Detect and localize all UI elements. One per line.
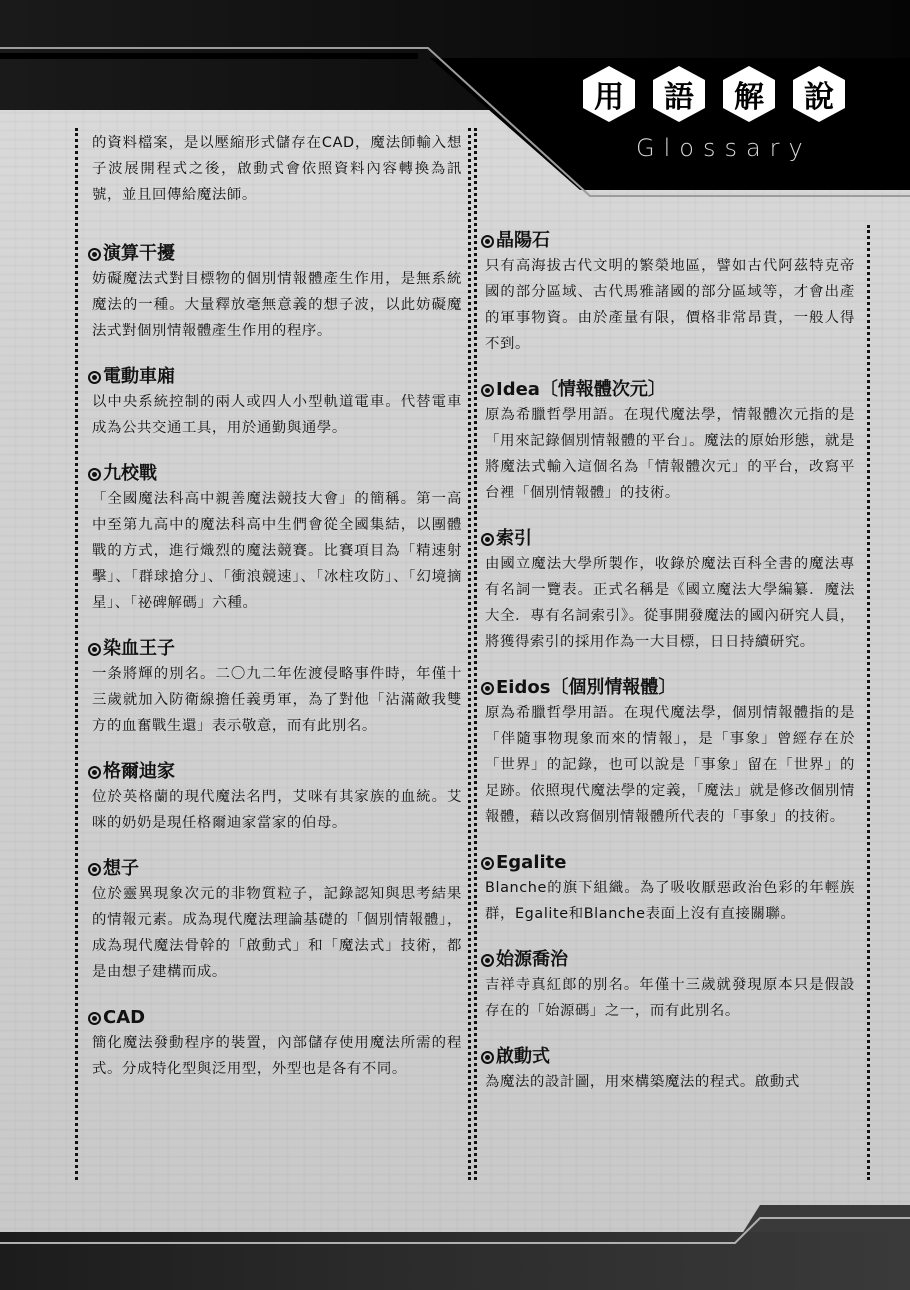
entry-definition: 只有高海拔古代文明的繁榮地區，譬如古代阿茲特克帝國的部分區域、古代馬雅諸國的部分…	[485, 253, 855, 357]
entry-definition: 「全國魔法科高中親善魔法競技大會」的簡稱。第一高中至第九高中的魔法科高中生們會從…	[92, 486, 462, 616]
glossary-entry: 電動車廂 以中央系統控制的兩人或四人小型軌道電車。代替電車成為公共交通工具，用於…	[92, 365, 462, 441]
glossary-entry: 演算干擾 妨礙魔法式對目標物的個別情報體產生作用，是無系統魔法的一種。大量釋放毫…	[92, 242, 462, 344]
bullet-icon	[481, 384, 494, 397]
bullet-icon	[88, 643, 101, 656]
bullet-icon	[88, 1012, 101, 1025]
entry-term: 染血王子	[103, 637, 175, 661]
glossary-entry: 染血王子 一条將輝的別名。二〇九二年佐渡侵略事件時，年僅十三歲就加入防衛線擔任義…	[92, 637, 462, 739]
entry-definition: 以中央系統控制的兩人或四人小型軌道電車。代替電車成為公共交通工具，用於通勤與通學…	[92, 389, 462, 441]
entry-term: 啟動式	[496, 1045, 550, 1069]
glossary-entry: Idea〔情報體次元〕 原為希臘哲學用語。在現代魔法學，情報體次元指的是「用來記…	[485, 378, 855, 506]
glossary-entry: 啟動式 為魔法的設計圖，用來構築魔法的程式。啟動式	[485, 1045, 855, 1095]
bullet-icon	[88, 863, 101, 876]
bullet-icon	[481, 954, 494, 967]
glossary-entry: CAD 簡化魔法發動程序的裝置，內部儲存使用魔法所需的程式。分成特化型與泛用型，…	[92, 1006, 462, 1082]
bullet-icon	[88, 371, 101, 384]
bullet-icon	[481, 1051, 494, 1064]
entry-term: Egalite	[496, 851, 566, 875]
entry-term: CAD	[103, 1006, 145, 1030]
entry-term: 九校戰	[103, 462, 157, 486]
entry-term: Idea〔情報體次元〕	[496, 378, 666, 402]
right-column-top-border	[468, 128, 471, 228]
entry-definition: 一条將輝的別名。二〇九二年佐渡侵略事件時，年僅十三歲就加入防衛線擔任義勇軍，為了…	[92, 661, 462, 739]
footer-band	[0, 1232, 910, 1290]
entry-definition: 簡化魔法發動程序的裝置，內部儲存使用魔法所需的程式。分成特化型與泛用型，外型也是…	[92, 1030, 462, 1082]
glossary-entry: 始源喬治 吉祥寺真紅郎的別名。年僅十三歲就發現原本只是假設存在的「始源碼」之一，…	[485, 948, 855, 1024]
entry-term: 索引	[496, 527, 532, 551]
bullet-icon	[481, 533, 494, 546]
title-hexagons: 用 語 解 說	[583, 66, 845, 122]
entry-definition: 原為希臘哲學用語。在現代魔法學，個別情報體指的是「伴隨事物現象而來的情報」，是「…	[485, 700, 855, 830]
entry-term: 電動車廂	[103, 365, 175, 389]
right-column: 晶陽石 只有高海拔古代文明的繁榮地區，譬如古代阿茲特克帝國的部分區域、古代馬雅諸…	[468, 225, 870, 1180]
title-hex-4: 說	[793, 66, 845, 122]
entry-term: 想子	[103, 857, 139, 881]
entry-definition: 吉祥寺真紅郎的別名。年僅十三歲就發現原本只是假設存在的「始源碼」之一，而有此別名…	[485, 972, 855, 1024]
bullet-icon	[88, 766, 101, 779]
bullet-icon	[481, 235, 494, 248]
entry-term: Eidos〔個別情報體〕	[496, 676, 676, 700]
intro-paragraph: 的資料檔案，是以壓縮形式儲存在CAD，魔法師輸入想子波展開程式之後，啟動式會依照…	[92, 130, 462, 208]
title-hex-3: 解	[723, 66, 775, 122]
bullet-icon	[481, 682, 494, 695]
bullet-icon	[88, 248, 101, 261]
page-subtitle: Glossary	[636, 134, 812, 162]
glossary-entry: Eidos〔個別情報體〕 原為希臘哲學用語。在現代魔法學，個別情報體指的是「伴隨…	[485, 676, 855, 830]
entry-definition: 為魔法的設計圖，用來構築魔法的程式。啟動式	[485, 1069, 855, 1095]
entry-definition: 位於英格蘭的現代魔法名門，艾咪有其家族的血統。艾咪的奶奶是現任格爾迪家當家的伯母…	[92, 784, 462, 836]
glossary-entry: 索引 由國立魔法大學所製作，收錄於魔法百科全書的魔法專有名詞一覽表。正式名稱是《…	[485, 527, 855, 655]
entry-definition: 妨礙魔法式對目標物的個別情報體產生作用，是無系統魔法的一種。大量釋放毫無意義的想…	[92, 266, 462, 344]
left-column: 的資料檔案，是以壓縮形式儲存在CAD，魔法師輸入想子波展開程式之後，啟動式會依照…	[75, 128, 477, 1180]
entry-term: 演算干擾	[103, 242, 175, 266]
glossary-entry: 格爾迪家 位於英格蘭的現代魔法名門，艾咪有其家族的血統。艾咪的奶奶是現任格爾迪家…	[92, 760, 462, 836]
title-hex-1: 用	[583, 66, 635, 122]
entry-term: 晶陽石	[496, 229, 550, 253]
glossary-entry: 九校戰 「全國魔法科高中親善魔法競技大會」的簡稱。第一高中至第九高中的魔法科高中…	[92, 462, 462, 616]
glossary-entry: 晶陽石 只有高海拔古代文明的繁榮地區，譬如古代阿茲特克帝國的部分區域、古代馬雅諸…	[485, 229, 855, 357]
entry-term: 始源喬治	[496, 948, 568, 972]
entry-definition: Blanche的旗下組織。為了吸收厭惡政治色彩的年輕族群，Egalite和Bla…	[485, 875, 855, 927]
entry-definition: 位於靈異現象次元的非物質粒子，記錄認知與思考結果的情報元素。成為現代魔法理論基礎…	[92, 881, 462, 985]
bullet-icon	[481, 857, 494, 870]
glossary-entry: 想子 位於靈異現象次元的非物質粒子，記錄認知與思考結果的情報元素。成為現代魔法理…	[92, 857, 462, 985]
title-hex-2: 語	[653, 66, 705, 122]
glossary-entry: Egalite Blanche的旗下組織。為了吸收厭惡政治色彩的年輕族群，Ega…	[485, 851, 855, 927]
entry-definition: 原為希臘哲學用語。在現代魔法學，情報體次元指的是「用來記錄個別情報體的平台」。魔…	[485, 402, 855, 506]
entry-term: 格爾迪家	[103, 760, 175, 784]
entry-definition: 由國立魔法大學所製作，收錄於魔法百科全書的魔法專有名詞一覽表。正式名稱是《國立魔…	[485, 551, 855, 655]
bullet-icon	[88, 468, 101, 481]
